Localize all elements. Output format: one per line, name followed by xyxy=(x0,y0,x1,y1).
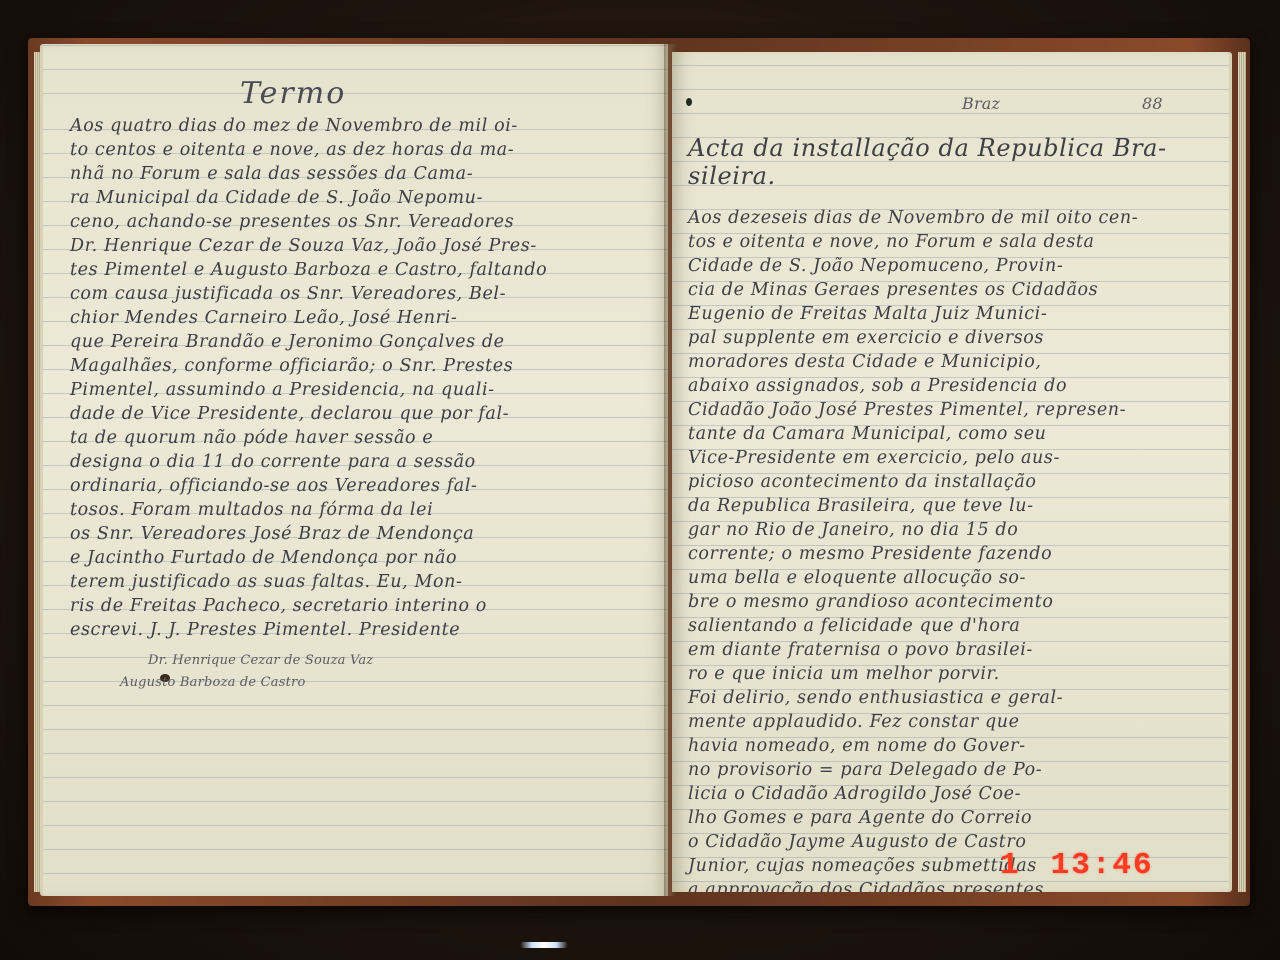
timestamp-time: 13:46 xyxy=(1051,848,1154,883)
text-line: Magalhães, conforme officiarão; o Snr. P… xyxy=(70,354,547,378)
text-line: cia de Minas Geraes presentes os Cidadão… xyxy=(688,278,1138,302)
text-line: Foi delirio, sendo enthusiastica e geral… xyxy=(688,686,1138,710)
text-line: ceno, achando-se presentes os Snr. Verea… xyxy=(70,210,547,234)
text-line: e Jacintho Furtado de Mendonça por não xyxy=(70,546,547,570)
text-line: os Snr. Vereadores José Braz de Mendonça xyxy=(70,522,547,546)
text-line: designa o dia 11 do corrente para a sess… xyxy=(70,450,547,474)
left-page: Termo Aos quatro dias do mez de Novembro… xyxy=(40,44,668,896)
title-line: Acta da installação da Republica Bra- xyxy=(688,134,1167,162)
text-line: havia nomeado, em nome do Gover- xyxy=(688,734,1138,758)
text-line: pal supplente em exercicio e diversos xyxy=(688,326,1138,350)
signature: Dr. Henrique Cezar de Souza Vaz xyxy=(148,650,373,672)
text-line: tes Pimentel e Augusto Barboza e Castro,… xyxy=(70,258,547,282)
text-line: nhã no Forum e sala das sessões da Cama- xyxy=(70,162,547,186)
right-page-body: Aos dezeseis dias de Novembro de mil oit… xyxy=(688,206,1138,892)
text-line: Dr. Henrique Cezar de Souza Vaz, João Jo… xyxy=(70,234,547,258)
page-number: 88 xyxy=(1142,92,1163,116)
text-line: gar no Rio de Janeiro, no dia 15 do xyxy=(688,518,1138,542)
text-line: tos e oitenta e nove, no Forum e sala de… xyxy=(688,230,1138,254)
text-line: no provisorio = para Delegado de Po- xyxy=(688,758,1138,782)
text-line: escrevi. J. J. Prestes Pimentel. Preside… xyxy=(70,618,547,642)
text-line: Aos dezeseis dias de Novembro de mil oit… xyxy=(688,206,1138,230)
text-line: ra Municipal da Cidade de S. João Nepomu… xyxy=(70,186,547,210)
left-page-title: Termo xyxy=(240,82,346,106)
text-line: com causa justificada os Snr. Vereadores… xyxy=(70,282,547,306)
text-line: to centos e oitenta e nove, as dez horas… xyxy=(70,138,547,162)
text-line: bre o mesmo grandioso acontecimento xyxy=(688,590,1138,614)
text-line: Eugenio de Freitas Malta Juiz Munici- xyxy=(688,302,1138,326)
text-line: que Pereira Brandão e Jeronimo Gonçalves… xyxy=(70,330,547,354)
text-line: tosos. Foram multados na fórma da lei xyxy=(70,498,547,522)
ledger-book: Termo Aos quatro dias do mez de Novembro… xyxy=(28,38,1250,906)
right-page-stack xyxy=(1238,52,1246,892)
text-line: terem justificado as suas faltas. Eu, Mo… xyxy=(70,570,547,594)
title-line: sileira. xyxy=(688,162,1167,190)
text-line: Aos quatro dias do mez de Novembro de mi… xyxy=(70,114,547,138)
text-line: corrente; o mesmo Presidente fazendo xyxy=(688,542,1138,566)
text-line: Pimentel, assumindo a Presidencia, na qu… xyxy=(70,378,547,402)
text-line: ta de quorum não póde haver sessão e xyxy=(70,426,547,450)
text-line: abaixo assignados, sob a Presidencia do xyxy=(688,374,1138,398)
text-line: ro e que inicia um melhor porvir. xyxy=(688,662,1138,686)
text-line: ordinaria, officiando-se aos Vereadores … xyxy=(70,474,547,498)
text-line: uma bella e eloquente allocução so- xyxy=(688,566,1138,590)
camera-timestamp: 113:46 xyxy=(1000,848,1154,883)
ink-mark xyxy=(686,98,692,106)
text-line: lho Gomes e para Agente do Correio xyxy=(688,806,1138,830)
text-line: moradores desta Cidade e Municipio, xyxy=(688,350,1138,374)
signature: Augusto Barboza de Castro xyxy=(120,672,373,694)
text-line: salientando a felicidade que d'hora xyxy=(688,614,1138,638)
right-page: Braz 88 Acta da installação da Republica… xyxy=(672,52,1232,892)
text-line: chior Mendes Carneiro Leão, José Henri- xyxy=(70,306,547,330)
left-page-body: Aos quatro dias do mez de Novembro de mi… xyxy=(70,114,547,642)
text-line: da Republica Brasileira, que teve lu- xyxy=(688,494,1138,518)
text-line: tante da Camara Municipal, como seu xyxy=(688,422,1138,446)
signatures: Dr. Henrique Cezar de Souza Vaz Augusto … xyxy=(136,650,373,694)
text-line: em diante fraternisa o povo brasilei- xyxy=(688,638,1138,662)
text-line: mente applaudido. Fez constar que xyxy=(688,710,1138,734)
text-line: Cidadão João José Prestes Pimentel, repr… xyxy=(688,398,1138,422)
header-mark: Braz xyxy=(962,92,1000,116)
text-line: picioso acontecimento da installação xyxy=(688,470,1138,494)
light-glare xyxy=(520,942,568,948)
text-line: licia o Cidadão Adrogildo José Coe- xyxy=(688,782,1138,806)
text-line: Vice-Presidente em exercicio, pelo aus- xyxy=(688,446,1138,470)
text-line: Cidade de S. João Nepomuceno, Provin- xyxy=(688,254,1138,278)
text-line: ris de Freitas Pacheco, secretario inter… xyxy=(70,594,547,618)
right-page-title: Acta da installação da Republica Bra- si… xyxy=(688,134,1167,190)
timestamp-day: 1 xyxy=(1000,848,1021,883)
text-line: dade de Vice Presidente, declarou que po… xyxy=(70,402,547,426)
